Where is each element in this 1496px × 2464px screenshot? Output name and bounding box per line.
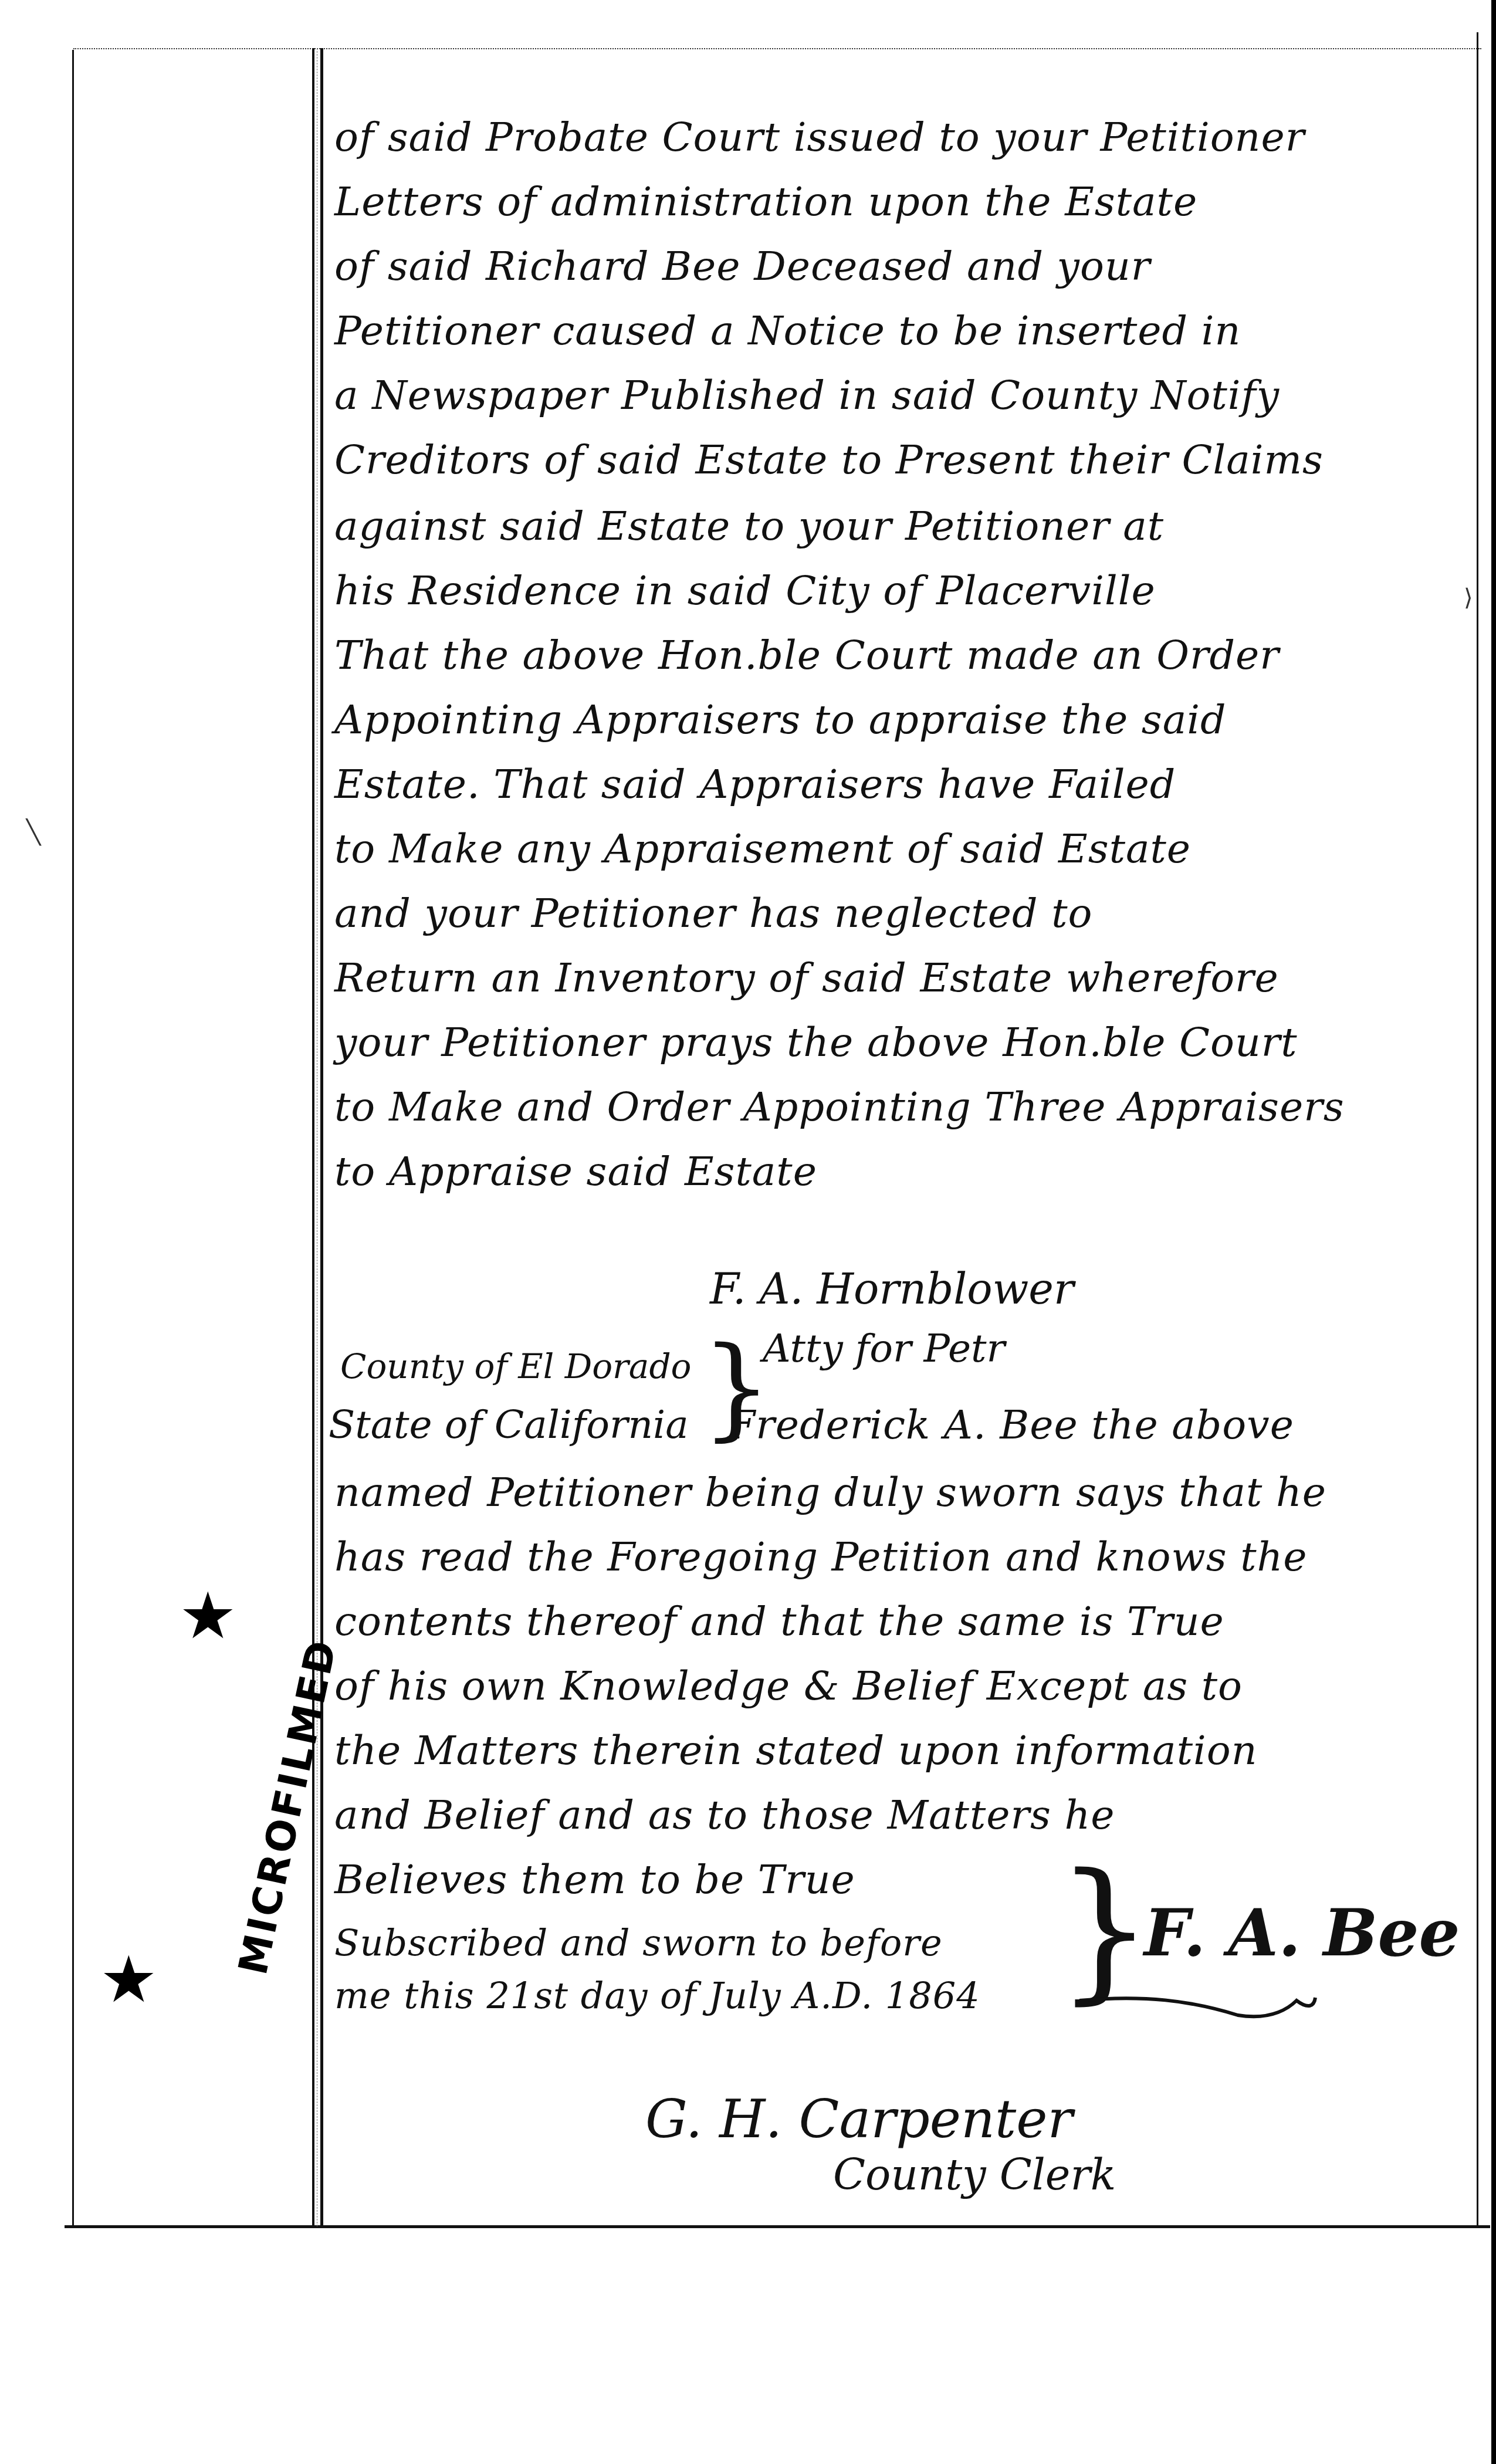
clerk-title: County Clerk [833,2150,1116,2199]
body-line: Appointing Appraisers to appraise the sa… [334,697,1473,743]
affiant-signature: F. A. Bee [1144,1895,1460,1971]
venue-state: State of California [329,1402,689,1447]
signature-flourish [1074,1989,1320,2024]
scan-edge [1491,0,1496,2464]
body-line: to Appraise said Estate [334,1149,1473,1195]
affidavit-line: has read the Foregoing Petition and know… [334,1534,1473,1580]
affidavit-line: Believes them to be True [334,1857,1027,1903]
star-icon: ★ [179,1584,237,1649]
page-border-left [72,50,74,2226]
star-icon: ★ [100,1948,158,2012]
margin-tick: ⟩ [1464,584,1473,611]
microfilm-stamp: ★ MICROFILMED ★ [76,1584,311,2030]
body-line: your Petitioner prays the above Hon.ble … [334,1020,1473,1066]
body-line: of said Richard Bee Deceased and your [334,243,1473,290]
margin-tick: ╲ [26,818,40,846]
body-line: to Make and Order Appointing Three Appra… [334,1084,1473,1131]
body-line: That the above Hon.ble Court made an Ord… [334,632,1473,679]
page-border-top [73,48,1481,49]
document-page: of said Probate Court issued to your Pet… [0,0,1496,2464]
stamp-text: MICROFILMED [230,1634,346,1978]
affidavit-line: named Petitioner being duly sworn says t… [334,1470,1473,1516]
body-line: Petitioner caused a Notice to be inserte… [334,308,1473,354]
body-line: a Newspaper Published in said County Not… [334,373,1473,419]
page-border-right [1477,32,1478,2226]
affidavit-line: and Belief and as to those Matters he [334,1792,1473,1839]
venue-county: County of El Dorado [340,1346,691,1386]
margin-rule [312,48,314,2226]
affidavit-line: the Matters therein stated upon informat… [334,1728,1473,1774]
margin-rule-dotted [317,48,317,2226]
body-line: Creditors of said Estate to Present thei… [334,437,1473,483]
jurat-line: Subscribed and sworn to before [334,1921,1050,1964]
body-line: Return an Inventory of said Estate where… [334,955,1473,1001]
body-line: and your Petitioner has neglected to [334,891,1473,937]
body-line: his Residence in said City of Placervill… [334,568,1473,614]
clerk-signature: G. H. Carpenter [645,2089,1072,2150]
affidavit-line: Frederick A. Bee the above [727,1402,1473,1448]
attorney-title: Atty for Petr [763,1326,1005,1371]
attorney-signature: F. A. Hornblower [710,1264,1074,1314]
page-border-bottom [65,2225,1490,2228]
jurat-line: me this 21st day of July A.D. 1864 [334,1974,1050,2017]
margin-rule [320,48,323,2226]
body-line: Estate. That said Appraisers have Failed [334,761,1473,808]
body-line: of said Probate Court issued to your Pet… [334,114,1473,161]
affidavit-line: contents thereof and that the same is Tr… [334,1599,1473,1645]
body-line: Letters of administration upon the Estat… [334,179,1473,225]
body-line: to Make any Appraisement of said Estate [334,826,1473,872]
body-line: against said Estate to your Petitioner a… [334,503,1473,550]
affidavit-line: of his own Knowledge & Belief Except as … [334,1663,1473,1710]
jurat-brace: } [1056,1854,1153,2006]
